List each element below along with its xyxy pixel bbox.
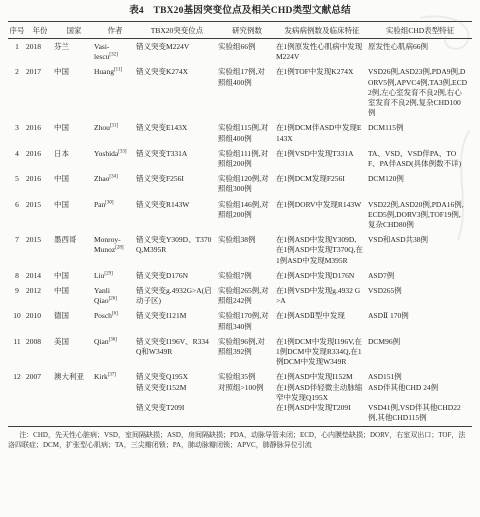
cell-serial: 3 <box>8 123 26 143</box>
cell-serial: 10 <box>8 311 26 331</box>
cell-serial: 1 <box>8 42 26 62</box>
entry-mutation: 错义突变K274X <box>136 67 218 118</box>
entry-phenotype: VSD和ASD共38例 <box>368 235 472 266</box>
table-header-row: 序号 年份 国家 作者 TBX20突变位点 研究例数 发病病例数及临床特征 实验… <box>8 22 472 39</box>
cell-entries: 错义突变T331A实验组111例,对照组200例在1例VSD中发现T331ATA… <box>136 149 472 169</box>
entry-phenotype: ASD7例 <box>368 271 472 281</box>
entry-finding: 在1例DCM中发现I196V,在1例DCM中发现R334Q,在1例DCM中发现W… <box>276 337 368 368</box>
cell-year: 2016 <box>26 174 54 194</box>
col-header-author: 作者 <box>94 26 136 35</box>
entry-phenotype: TA、VSD、VSD伴PA、TOF、PA伴ASD(具体例数不详) <box>368 149 472 169</box>
cell-entries: 错义突变K274X实验组17例,对照组400例在1例TOF中发现K274XVSD… <box>136 67 472 118</box>
cell-author: Monroy-Munoz[28] <box>94 235 136 266</box>
entry-study: 实验组7例 <box>218 271 276 281</box>
cell-serial: 4 <box>8 149 26 169</box>
paper-page: 表4 TBX20基因突变位点及相关CHD类型文献总结 序号 年份 国家 作者 T… <box>0 0 480 450</box>
cell-year: 2017 <box>26 67 54 118</box>
cell-country: 德国 <box>54 311 94 331</box>
table-footnote: 注：CHD，先天性心脏病；VSD，室间隔缺损；ASD，房间隔缺损；PDA，动脉导… <box>8 430 472 450</box>
entry-phenotype: DCM115例 <box>368 123 472 143</box>
cell-author: Zhou[31] <box>94 123 136 143</box>
cell-country: 日本 <box>54 149 94 169</box>
entry-study: 实验组115例,对照组400例 <box>218 123 276 143</box>
entry-study: 实验组35例 <box>218 372 276 382</box>
author-reference: [6] <box>112 312 118 317</box>
author-reference: [37] <box>108 373 116 378</box>
entry-phenotype: 原发性心肌病66例 <box>368 42 472 62</box>
entry-phenotype: VSD265例 <box>368 286 472 306</box>
entry-phenotype: VSD41例,VSD伴其他CHD22例,其他CHD115例 <box>368 403 472 423</box>
cell-author: Kirk[37] <box>94 372 136 423</box>
cell-author: Posch[6] <box>94 311 136 331</box>
entry-study: 对照组>100例 <box>218 383 276 403</box>
entry-finding: 在1例VSD中发现T331A <box>276 149 368 169</box>
author-reference: [30] <box>105 200 113 205</box>
cell-entries: 错义突变g.4932G>A(启动子区)实验组265例,对照组242例在1例VSD… <box>136 286 472 306</box>
cell-entries: 错义突变Y309D、T370Q,M395R实验组38例在1例ASD中发现Y309… <box>136 235 472 266</box>
entry-phenotype: VSD22例,ASD20例,PDA16例,ECD5例,DORV3例,TOF19例… <box>368 200 472 231</box>
col-header-phenotype: 实验组CHD表型特征 <box>368 26 472 35</box>
entry-phenotype: ASD伴其他CHD 24例 <box>368 383 472 403</box>
table-row: 1 2018 芬兰 Vasi-lescu[32] 错义突变M224V实验组66例… <box>8 39 472 64</box>
entry-phenotype: ASDⅡ 170例 <box>368 311 472 331</box>
cell-entries: 错义突变E143X实验组115例,对照组400例在1例DCM伴ASD中发现E14… <box>136 123 472 143</box>
cell-serial: 9 <box>8 286 26 306</box>
cell-year: 2012 <box>26 286 54 306</box>
table-row: 6 2015 中国 Pan[30] 错义突变R143W实验组146例,对照组20… <box>8 197 472 233</box>
entry-mutation: 错义突变Y309D、T370Q,M395R <box>136 235 218 266</box>
cell-year: 2015 <box>26 235 54 266</box>
entry-finding: 在1例ASD中发现Y309D,在1例ASD中发现T370Q,在1例ASD中发现M… <box>276 235 368 266</box>
cell-country: 中国 <box>54 286 94 306</box>
entry-study: 实验组170例,对照组340例 <box>218 311 276 331</box>
entry-mutation: 错义突变Q195X <box>136 372 218 382</box>
cell-country: 中国 <box>54 271 94 281</box>
author-reference: [33] <box>118 149 126 154</box>
table-row: 8 2014 中国 Liu[29] 错义突变D176N实验组7例在1例ASD中发… <box>8 268 472 283</box>
col-header-cases: 研究例数 <box>218 26 276 35</box>
entry-finding: 在1例VSD中发现g.4932 G>A <box>276 286 368 306</box>
cell-serial: 6 <box>8 200 26 231</box>
cell-year: 2018 <box>26 42 54 62</box>
cell-country: 中国 <box>54 67 94 118</box>
cell-author: Huang[11] <box>94 67 136 118</box>
entry-mutation: 错义突变M224V <box>136 42 218 62</box>
entry-mutation: 错义突变F256I <box>136 174 218 194</box>
table-row: 5 2016 中国 Zhao[34] 错义突变F256I实验组120例,对照组3… <box>8 171 472 196</box>
literature-table: 序号 年份 国家 作者 TBX20突变位点 研究例数 发病病例数及临床特征 实验… <box>8 21 472 427</box>
table-row: 2 2017 中国 Huang[11] 错义突变K274X实验组17例,对照组4… <box>8 64 472 120</box>
cell-country: 中国 <box>54 174 94 194</box>
cell-serial: 2 <box>8 67 26 118</box>
cell-year: 2016 <box>26 149 54 169</box>
table-row: 3 2016 中国 Zhou[31] 错义突变E143X实验组115例,对照组4… <box>8 120 472 145</box>
entry-finding: 在1例ASD伴轻微主动脉缩窄中发现Q195X <box>276 383 368 403</box>
author-reference: [32] <box>109 53 117 58</box>
table-row: 7 2015 墨西哥 Monroy-Munoz[28] 错义突变Y309D、T3… <box>8 232 472 268</box>
entry-phenotype: DCM120例 <box>368 174 472 194</box>
entry-study: 实验组96例,对照组392例 <box>218 337 276 368</box>
entry-mutation: 错义突变E143X <box>136 123 218 143</box>
entry-mutation: 错义突变T331A <box>136 149 218 169</box>
entry-mutation: 错义突变I196V、R334Q和W349R <box>136 337 218 368</box>
entry-study <box>218 403 276 423</box>
entry-finding: 在1例DCM伴ASD中发现E143X <box>276 123 368 143</box>
entry-finding: 在1例TOF中发现K274X <box>276 67 368 118</box>
entry-finding: 在1例原发性心肌病中发现M224V <box>276 42 368 62</box>
entry-finding: 在1例DCM发现F256I <box>276 174 368 194</box>
cell-entries: 错义突变D176N实验组7例在1例ASD中发现D176NASD7例 <box>136 271 472 281</box>
cell-year: 2010 <box>26 311 54 331</box>
entry-mutation: 错义突变I121M <box>136 311 218 331</box>
author-reference: [11] <box>114 68 122 73</box>
entry-mutation: 错义突变g.4932G>A(启动子区) <box>136 286 218 306</box>
cell-author: Vasi-lescu[32] <box>94 42 136 62</box>
entry-finding: 在1例DORV中发现R143W <box>276 200 368 231</box>
entry-mutation: 错义突变D176N <box>136 271 218 281</box>
cell-serial: 12 <box>8 372 26 423</box>
table-row: 9 2012 中国 YanliQiao[26] 错义突变g.4932G>A(启动… <box>8 283 472 308</box>
cell-year: 2008 <box>26 337 54 368</box>
cell-serial: 7 <box>8 235 26 266</box>
cell-author: YanliQiao[26] <box>94 286 136 306</box>
entry-mutation: 错义突变T209I <box>136 403 218 423</box>
cell-country: 澳大利亚 <box>54 372 94 423</box>
col-header-country: 国家 <box>54 26 94 35</box>
cell-year: 2016 <box>26 123 54 143</box>
cell-author: Pan[30] <box>94 200 136 231</box>
cell-author: Zhao[34] <box>94 174 136 194</box>
cell-entries: 错义突变I196V、R334Q和W349R实验组96例,对照组392例在1例DC… <box>136 337 472 368</box>
entry-study: 实验组17例,对照组400例 <box>218 67 276 118</box>
cell-year: 2015 <box>26 200 54 231</box>
entry-mutation: 错义突变I152M <box>136 383 218 403</box>
cell-serial: 8 <box>8 271 26 281</box>
entry-finding: 在1例ASD中发现I152M <box>276 372 368 382</box>
entry-finding: 在1例ASDⅡ型中发现 <box>276 311 368 331</box>
cell-entries: 错义突变M224V实验组66例在1例原发性心肌病中发现M224V原发性心肌病66… <box>136 42 472 62</box>
cell-serial: 11 <box>8 337 26 368</box>
cell-entries: 错义突变F256I实验组120例,对照组300例在1例DCM发现F256IDCM… <box>136 174 472 194</box>
cell-author: Qian[36] <box>94 337 136 368</box>
col-header-clinical: 发病病例数及临床特征 <box>276 26 368 35</box>
table-row: 12 2007 澳大利亚 Kirk[37] 错义突变Q195X实验组35例在1例… <box>8 369 472 425</box>
entry-study: 实验组38例 <box>218 235 276 266</box>
table-title: 表4 TBX20基因突变位点及相关CHD类型文献总结 <box>8 3 472 21</box>
cell-country: 中国 <box>54 123 94 143</box>
cell-country: 美国 <box>54 337 94 368</box>
entry-study: 实验组111例,对照组200例 <box>218 149 276 169</box>
author-reference: [36] <box>109 337 117 342</box>
entry-mutation: 错义突变R143W <box>136 200 218 231</box>
entry-finding: 在1例ASD中发现T209I <box>276 403 368 423</box>
table-row: 4 2016 日本 Yoshida[33] 错义突变T331A实验组111例,对… <box>8 146 472 171</box>
entry-study: 实验组265例,对照组242例 <box>218 286 276 306</box>
cell-country: 墨西哥 <box>54 235 94 266</box>
cell-year: 2007 <box>26 372 54 423</box>
table-row: 10 2010 德国 Posch[6] 错义突变I121M实验组170例,对照组… <box>8 308 472 333</box>
col-header-mutation: TBX20突变位点 <box>136 26 218 35</box>
table-row: 11 2008 美国 Qian[36] 错义突变I196V、R334Q和W349… <box>8 334 472 370</box>
author-reference: [28] <box>115 246 123 251</box>
entry-phenotype: VSD26例,ASD23例,PDA9例,DORV5例,APVC4例,TA3例,E… <box>368 67 472 118</box>
cell-entries: 错义突变I121M实验组170例,对照组340例在1例ASDⅡ型中发现ASDⅡ … <box>136 311 472 331</box>
cell-country: 中国 <box>54 200 94 231</box>
cell-country: 芬兰 <box>54 42 94 62</box>
col-header-serial: 序号 <box>8 26 26 35</box>
table-body: 1 2018 芬兰 Vasi-lescu[32] 错义突变M224V实验组66例… <box>8 39 472 426</box>
entry-phenotype: DCM96例 <box>368 337 472 368</box>
col-header-year: 年份 <box>26 26 54 35</box>
entry-study: 实验组120例,对照组300例 <box>218 174 276 194</box>
cell-author: Liu[29] <box>94 271 136 281</box>
entry-finding: 在1例ASD中发现D176N <box>276 271 368 281</box>
entry-study: 实验组146例,对照组200例 <box>218 200 276 231</box>
author-reference: [29] <box>104 271 112 276</box>
entry-study: 实验组66例 <box>218 42 276 62</box>
cell-author: Yoshida[33] <box>94 149 136 169</box>
author-reference: [34] <box>109 175 117 180</box>
cell-year: 2014 <box>26 271 54 281</box>
author-reference: [26] <box>109 297 117 302</box>
cell-entries: 错义突变Q195X实验组35例在1例ASD中发现I152MASD151例错义突变… <box>136 372 472 423</box>
cell-serial: 5 <box>8 174 26 194</box>
cell-entries: 错义突变R143W实验组146例,对照组200例在1例DORV中发现R143WV… <box>136 200 472 231</box>
author-reference: [31] <box>110 124 118 129</box>
entry-phenotype: ASD151例 <box>368 372 472 382</box>
